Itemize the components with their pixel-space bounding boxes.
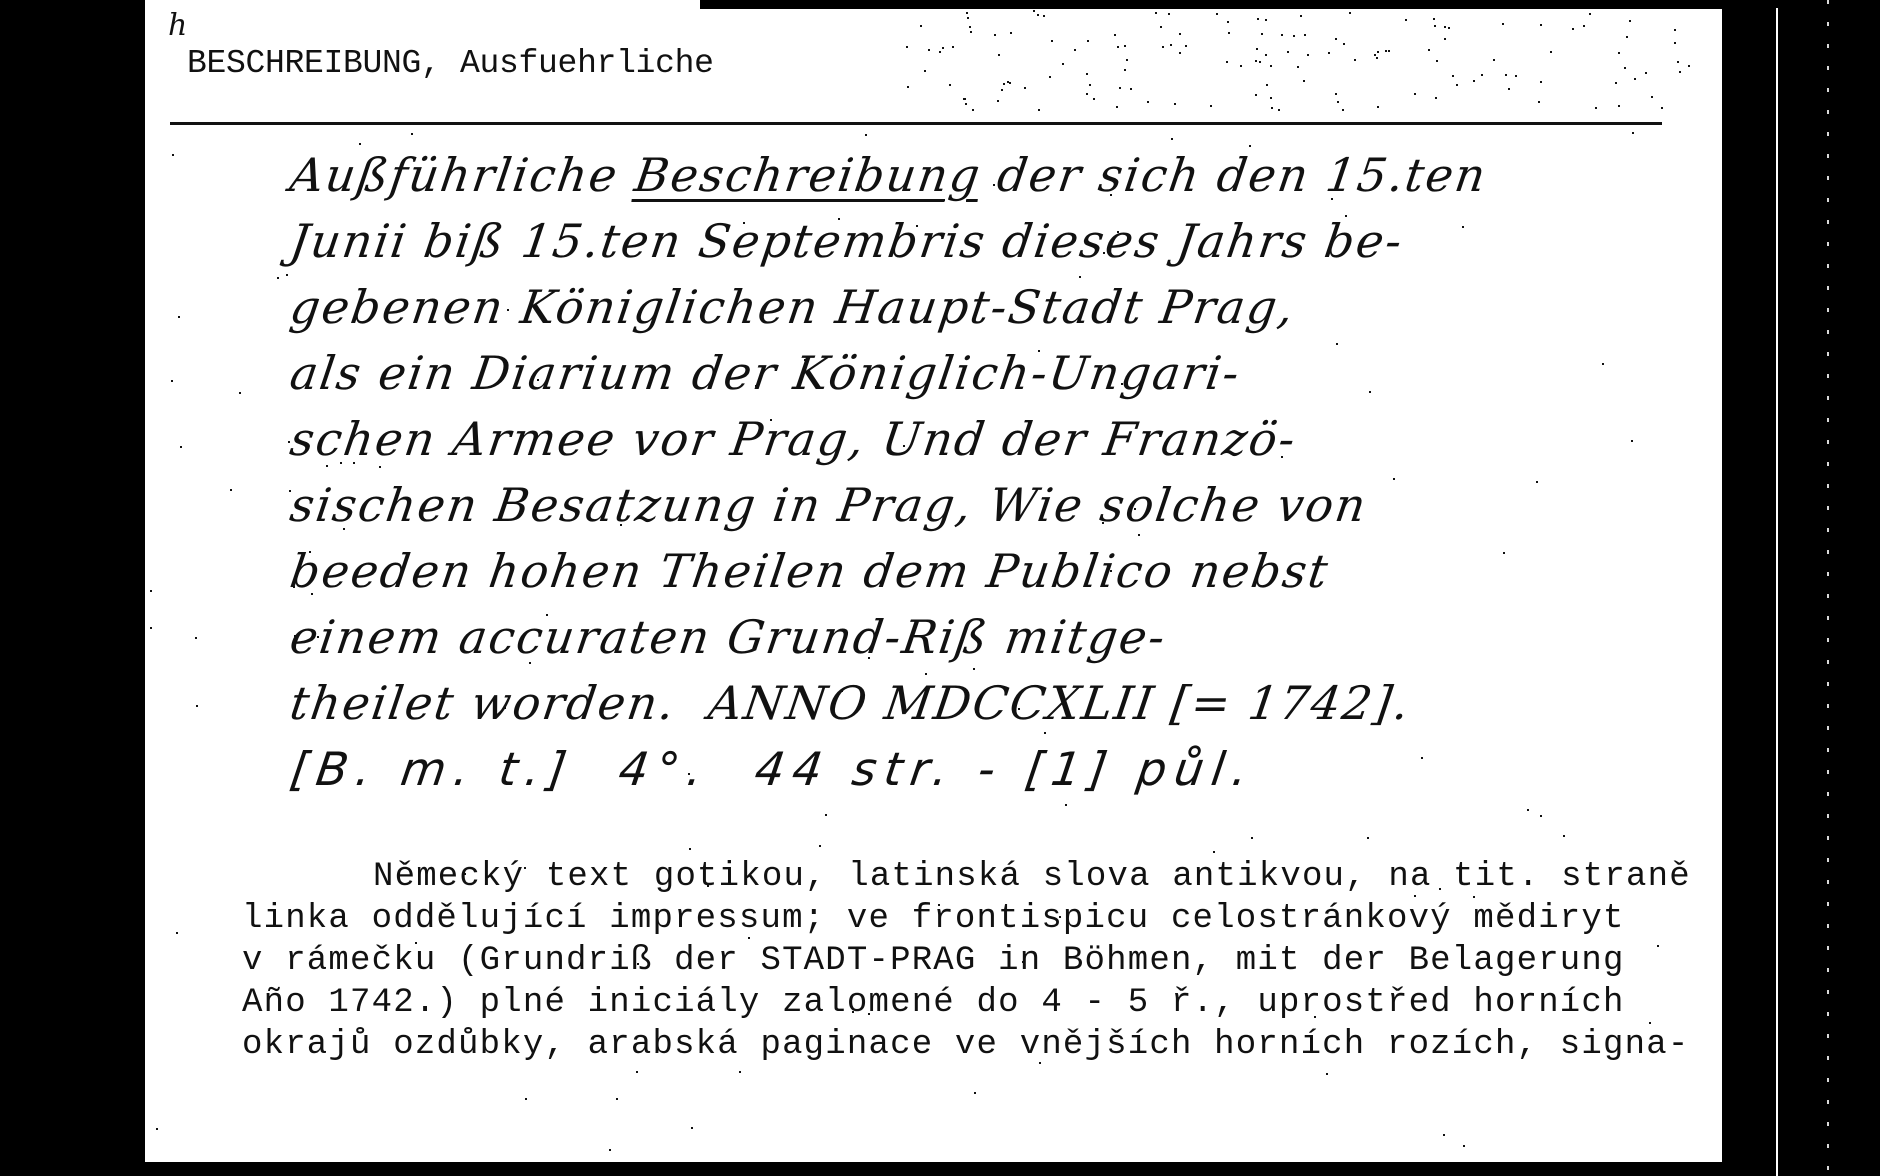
scan-speckle — [1293, 35, 1295, 37]
scan-speckle — [1493, 59, 1495, 61]
scan-speckle — [920, 25, 922, 27]
scan-speckle — [1505, 74, 1507, 76]
scan-speckle — [1326, 1073, 1328, 1075]
scan-speckle — [928, 49, 930, 51]
scan-speckle — [1300, 15, 1302, 17]
scan-speckle — [172, 154, 174, 156]
scan-speckle — [924, 70, 926, 72]
scan-speckle — [1473, 80, 1475, 82]
handwritten-line: als ein Diarium der Königlich-Ungari- — [286, 340, 1715, 406]
scan-speckle — [1342, 109, 1344, 111]
scan-speckle — [1661, 107, 1663, 109]
scan-speckle — [1444, 26, 1446, 28]
scan-speckle — [819, 845, 821, 847]
scan-speckle — [1376, 57, 1378, 59]
scan-speckle — [1615, 82, 1617, 84]
description-line: v rámečku (Grundriß der STADT-PRAG in Bö… — [242, 940, 1682, 982]
scan-speckle — [1033, 10, 1035, 12]
scan-speckle — [196, 705, 198, 707]
scan-speckle — [1024, 87, 1026, 89]
scan-speckle — [1086, 73, 1088, 75]
description-line: okrajů ozdůbky, arabská paginace ve vněj… — [242, 1024, 1682, 1066]
handwritten-collation-line: [B. m. t.] 4°. 44 str. - [1] půl. — [286, 736, 1715, 802]
scan-speckle — [1540, 81, 1542, 83]
scan-speckle — [1645, 72, 1647, 74]
scan-speckle — [1674, 42, 1676, 44]
scan-speckle — [525, 1098, 527, 1100]
scan-speckle — [1037, 14, 1039, 16]
scan-speckle — [239, 392, 241, 394]
scan-speckle — [1126, 59, 1128, 61]
scan-speckle — [1595, 107, 1597, 109]
scan-speckle — [1074, 49, 1076, 51]
scan-speckle — [1563, 835, 1565, 837]
scan-speckle — [1160, 26, 1162, 28]
handwritten-line: einem accuraten Grund-Riß mitge- — [286, 604, 1715, 670]
scan-speckle — [1265, 54, 1267, 56]
scan-speckle — [1436, 60, 1438, 62]
handwritten-line: schen Armee vor Prag, Und der Franzö- — [286, 406, 1715, 472]
scan-speckle — [1265, 19, 1267, 21]
scan-speckle — [1388, 50, 1390, 52]
description-line: Año 1742.) plné iniciály zalomené do 4 -… — [242, 982, 1682, 1024]
scan-speckle — [1515, 75, 1517, 77]
scan-speckle — [994, 34, 996, 36]
scan-speckle — [1155, 12, 1157, 14]
scan-speckle — [1481, 74, 1483, 76]
scan-speckle — [1527, 809, 1529, 811]
scan-speckle — [1377, 51, 1379, 53]
scan-speckle — [963, 98, 965, 100]
scan-speckle — [906, 46, 908, 48]
scan-speckle — [1116, 106, 1118, 108]
scan-speckle — [1087, 40, 1089, 42]
scan-speckle — [1550, 51, 1552, 53]
scan-speckle — [965, 103, 967, 105]
scan-speckle — [1062, 63, 1064, 65]
scan-speckle — [1583, 25, 1585, 27]
card-heading: BESCHREIBUNG, Ausfuehrliche — [187, 44, 714, 84]
scan-speckle — [1266, 84, 1268, 86]
scan-speckle — [1117, 46, 1119, 48]
handwritten-line: sischen Besatzung in Prag, Wie solche vo… — [286, 472, 1715, 538]
scan-speckle — [1009, 82, 1011, 84]
scan-speckle — [1179, 52, 1181, 54]
scan-speckle — [1444, 38, 1446, 40]
scan-speckle — [1335, 93, 1337, 95]
scan-speckle — [949, 84, 951, 86]
scan-speckle — [616, 1098, 618, 1100]
scan-speckle — [1257, 18, 1259, 20]
scan-speckle — [1130, 88, 1132, 90]
scan-speckle — [1538, 101, 1540, 103]
scan-edge-line — [1776, 8, 1778, 1176]
description-line: Německý text gotikou, latinská slova ant… — [242, 856, 1682, 898]
scan-speckle — [1185, 45, 1187, 47]
scan-speckle — [739, 1071, 741, 1073]
margin-handwritten-mark: h — [168, 8, 187, 43]
scan-speckle — [1213, 851, 1215, 853]
scan-speckle — [1261, 33, 1263, 35]
scan-speckle — [609, 1149, 611, 1151]
scan-speckle — [1255, 60, 1257, 62]
scan-speckle — [942, 47, 944, 49]
scan-speckle — [1618, 105, 1620, 107]
scan-speckle — [1414, 93, 1416, 95]
scan-speckle — [1179, 33, 1181, 35]
scan-speckle — [277, 277, 279, 279]
scan-speckle — [1168, 13, 1170, 15]
scan-speckle — [176, 932, 178, 934]
scan-speckle — [180, 446, 182, 448]
scan-speckle — [1093, 98, 1095, 100]
scan-speckle — [1124, 45, 1126, 47]
scan-speckle — [1297, 66, 1299, 68]
scan-speckle — [1007, 81, 1009, 83]
scan-speckle — [1367, 837, 1369, 839]
scan-speckle — [1303, 80, 1305, 82]
scan-speckle — [1343, 43, 1345, 45]
scan-speckle — [1051, 40, 1053, 42]
scan-edge-dotted-line — [1827, 0, 1829, 1176]
scan-speckle — [939, 51, 941, 53]
scan-speckle — [230, 489, 232, 491]
scan-speckle — [1540, 24, 1542, 26]
scan-speckle — [1377, 106, 1379, 108]
scan-speckle — [1405, 19, 1407, 21]
scan-speckle — [1226, 61, 1228, 63]
scan-speckle — [969, 26, 971, 28]
scan-speckle — [1448, 27, 1450, 29]
handwritten-line: beeden hohen Theilen dem Publico nebst — [286, 538, 1715, 604]
scan-speckle — [1270, 65, 1272, 67]
underlined-word: Beschreibung — [631, 148, 985, 202]
scan-speckle — [1147, 101, 1149, 103]
handwritten-line: Junii biß 15.ten Septembris dieses Jahrs… — [286, 208, 1715, 274]
scan-speckle — [1452, 75, 1454, 77]
scan-speckle — [966, 12, 968, 14]
scan-speckle — [150, 627, 152, 629]
scan-speckle — [1162, 46, 1164, 48]
scan-speckle — [1626, 36, 1628, 38]
scan-speckle — [970, 31, 972, 33]
scan-speckle — [1271, 107, 1273, 109]
scan-speckle — [1038, 109, 1040, 111]
scan-speckle — [1281, 34, 1283, 36]
handwritten-imprint-line: theilet worden. ANNO MDCCXLII [= 1742]. — [286, 670, 1715, 736]
scan-top-border — [700, 0, 1722, 9]
scan-speckle — [952, 46, 954, 48]
scan-speckle — [1065, 804, 1067, 806]
scan-speckle — [1674, 29, 1676, 31]
scan-speckle — [1618, 52, 1620, 54]
scan-speckle — [1171, 138, 1173, 140]
scan-speckle — [1354, 59, 1356, 61]
scan-speckle — [1502, 23, 1504, 25]
scan-speckle — [972, 109, 974, 111]
scan-speckle — [1349, 12, 1351, 14]
scan-speckle — [1335, 38, 1337, 40]
scan-speckle — [1679, 71, 1681, 73]
scan-speckle — [865, 134, 867, 136]
scan-speckle — [689, 848, 691, 850]
handwritten-title: Außführliche Beschreibung der sich den 1… — [286, 142, 1706, 802]
scan-speckle — [1216, 13, 1218, 15]
scan-speckle — [1434, 25, 1436, 27]
scan-speckle — [171, 380, 173, 382]
scan-speckle — [1114, 34, 1116, 36]
scan-speckle — [1210, 105, 1212, 107]
scan-speckle — [1228, 32, 1230, 34]
scan-speckle — [1256, 48, 1258, 50]
scan-speckle — [974, 1092, 976, 1094]
scan-speckle — [1240, 65, 1242, 67]
scan-speckle — [1385, 50, 1387, 52]
scan-speckle — [1337, 101, 1339, 103]
scan-speckle — [1433, 18, 1435, 20]
scan-speckle — [1677, 61, 1679, 63]
scan-speckle — [1001, 89, 1003, 91]
scan-speckle — [825, 814, 827, 816]
scan-speckle — [1304, 34, 1306, 36]
scan-speckle — [1010, 32, 1012, 34]
scan-speckle — [1255, 94, 1257, 96]
scan-speckle — [1572, 28, 1574, 30]
scan-speckle — [1428, 49, 1430, 51]
scan-speckle — [1651, 96, 1653, 98]
scan-speckle — [1629, 20, 1631, 22]
scan-speckle — [1270, 97, 1272, 99]
scan-speckle — [997, 100, 999, 102]
handwritten-line: Außführliche Beschreibung der sich den 1… — [286, 142, 1715, 208]
scan-speckle — [907, 86, 909, 88]
scan-speckle — [1170, 44, 1172, 46]
scan-speckle — [156, 1128, 158, 1130]
scan-speckle — [1456, 84, 1458, 86]
scan-speckle — [195, 637, 197, 639]
scan-speckle — [1251, 837, 1253, 839]
scan-speckle — [411, 133, 413, 135]
scan-speckle — [691, 1127, 693, 1129]
scan-speckle — [1328, 52, 1330, 54]
handwritten-line: gebenen Königlichen Haupt-Stadt Prag, — [286, 274, 1715, 340]
scan-speckle — [1089, 84, 1091, 86]
scan-speckle — [1124, 69, 1126, 71]
heading-rule — [170, 122, 1662, 125]
scan-speckle — [1624, 67, 1626, 69]
scan-speckle — [1287, 51, 1289, 53]
scan-speckle — [1049, 76, 1051, 78]
scan-speckle — [1307, 54, 1309, 56]
scan-speckle — [1632, 132, 1634, 134]
scan-speckle — [1119, 87, 1121, 89]
scan-speckle — [636, 1071, 638, 1073]
scan-speckle — [178, 316, 180, 318]
scan-speckle — [1688, 65, 1690, 67]
scan-speckle — [1278, 109, 1280, 111]
scan-speckle — [1508, 88, 1510, 90]
scan-speckle — [1589, 13, 1591, 15]
description-line: linka oddělující impressum; ve frontispi… — [242, 898, 1682, 940]
scan-speckle — [1043, 15, 1045, 17]
scan-speckle — [1540, 815, 1542, 817]
scan-speckle — [967, 17, 969, 19]
scan-speckle — [150, 590, 152, 592]
scan-speckle — [1634, 78, 1636, 80]
scan-speckle — [1174, 103, 1176, 105]
scan-speckle — [1227, 21, 1229, 23]
typed-description: Německý text gotikou, latinská slova ant… — [242, 856, 1682, 1066]
scan-speckle — [1435, 97, 1437, 99]
scan-speckle — [1003, 83, 1005, 85]
scan-speckle — [1259, 61, 1261, 63]
scan-speckle — [1443, 1134, 1445, 1136]
scan-speckle — [1463, 1145, 1465, 1147]
scan-speckle — [1086, 93, 1088, 95]
scan-speckle — [998, 54, 1000, 56]
scan-speckle — [1374, 54, 1376, 56]
